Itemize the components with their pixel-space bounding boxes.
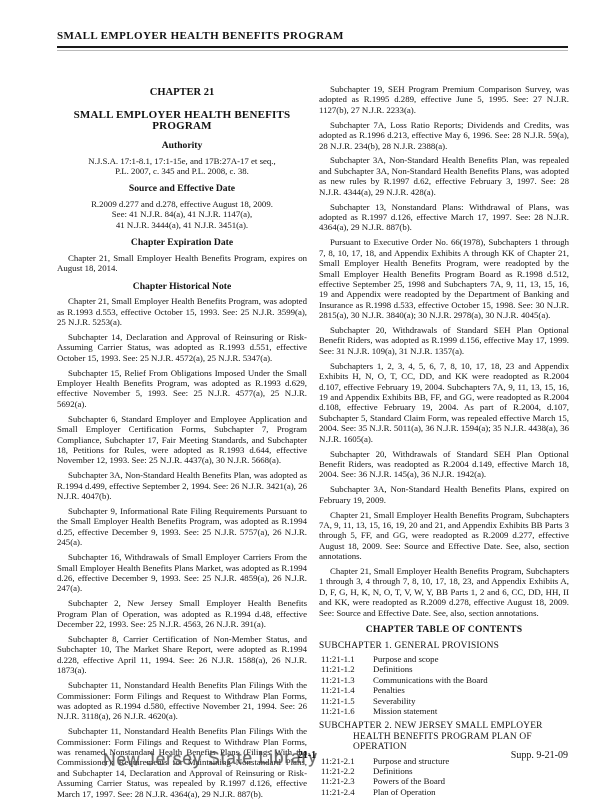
chapter-title: SMALL EMPLOYER HEALTH BENEFITS PROGRAM [57, 110, 307, 131]
supplement-date: Supp. 9-21-09 [511, 750, 568, 761]
source-line: 41 N.J.R. 3444(a), 41 N.J.R. 3451(a). [57, 220, 307, 230]
historical-note-paragraph: Subchapter 19, SEH Program Premium Compa… [319, 84, 569, 115]
expiration-text: Chapter 21, Small Employer Health Benefi… [57, 253, 307, 274]
historical-note-paragraph: Subchapter 8, Carrier Certification of N… [57, 634, 307, 676]
toc-entry: 11:21-1.4 Penalties [321, 685, 569, 695]
historical-note-paragraph: Subchapter 3A, Non-Standard Health Benef… [319, 155, 569, 197]
historical-note-paragraph: Subchapter 3A, Non-Standard Health Benef… [319, 484, 569, 505]
historical-note-paragraph: Subchapter 20, Withdrawals of Standard S… [319, 325, 569, 356]
historical-note-paragraph: Subchapter 2, New Jersey Small Employer … [57, 598, 307, 629]
historical-note-paragraph: Subchapter 6, Standard Employer and Empl… [57, 414, 307, 466]
toc-heading: CHAPTER TABLE OF CONTENTS [319, 625, 569, 635]
historical-note-paragraphs: Chapter 21, Small Employer Health Benefi… [57, 296, 307, 799]
historical-note-paragraph: Chapter 21, Small Employer Health Benefi… [319, 510, 569, 562]
toc-entry-number: 11:21-1.3 [321, 675, 373, 685]
toc-entry: 11:21-2.4 Plan of Operation [321, 787, 569, 797]
toc-entry-number: 11:21-1.5 [321, 696, 373, 706]
toc-entry-label: Powers of the Board [373, 776, 569, 786]
historical-note-paragraph: Subchapter 7A, Loss Ratio Reports; Divid… [319, 120, 569, 151]
historical-note-paragraph: Chapter 21, Small Employer Health Benefi… [319, 566, 569, 618]
historical-note-paragraph: Subchapter 9, Informational Rate Filing … [57, 506, 307, 548]
right-column: Subchapter 19, SEH Program Premium Compa… [319, 84, 569, 797]
toc-entry: 11:21-2.3 Powers of the Board [321, 776, 569, 786]
document-page: SMALL EMPLOYER HEALTH BENEFITS PROGRAM C… [0, 0, 614, 800]
historical-note-paragraph: Subchapter 16, Withdrawals of Small Empl… [57, 552, 307, 594]
chapter-number: CHAPTER 21 [57, 88, 307, 98]
toc-entry-label: Definitions [373, 664, 569, 674]
toc-entry-number: 11:21-1.4 [321, 685, 373, 695]
source-heading: Source and Effective Date [57, 184, 307, 194]
source-line: See: 41 N.J.R. 84(a), 41 N.J.R. 1147(a), [57, 209, 307, 219]
historical-note-paragraph: Pursuant to Executive Order No. 66(1978)… [319, 237, 569, 320]
toc-entry-number: 11:21-2.4 [321, 787, 373, 797]
authority-line: P.L. 2007, c. 345 and P.L. 2008, c. 38. [57, 166, 307, 176]
historical-note-paragraph: Subchapters 1, 2, 3, 4, 5, 6, 7, 8, 10, … [319, 361, 569, 444]
historical-note-paragraph: Subchapter 13, Nonstandard Plans: Withdr… [319, 202, 569, 233]
toc-entry: 11:21-1.3 Communications with the Board [321, 675, 569, 685]
historical-note-heading: Chapter Historical Note [57, 282, 307, 292]
toc-entry-label: Purpose and scope [373, 654, 569, 664]
header-rule [57, 50, 568, 51]
source-line: R.2009 d.277 and d.278, effective August… [57, 199, 307, 209]
toc-entry-number: 11:21-1.1 [321, 654, 373, 664]
toc-subchapter-1-entries: 11:21-1.1 Purpose and scope 11:21-1.2 De… [319, 654, 569, 716]
historical-note-paragraph: Subchapter 20, Withdrawals of Standard S… [319, 449, 569, 480]
toc-entry: 11:21-1.6 Mission statement [321, 706, 569, 716]
toc-entry: 11:21-2.2 Definitions [321, 766, 569, 776]
toc-entry: 11:21-1.2 Definitions [321, 664, 569, 674]
toc-entry-label: Communications with the Board [373, 675, 569, 685]
expiration-heading: Chapter Expiration Date [57, 238, 307, 248]
toc-entry: 11:21-1.1 Purpose and scope [321, 654, 569, 664]
historical-note-continued: Subchapter 19, SEH Program Premium Compa… [319, 84, 569, 618]
source-lines: R.2009 d.277 and d.278, effective August… [57, 199, 307, 230]
toc-subchapter-2-entries: 11:21-2.1 Purpose and structure 11:21-2.… [319, 756, 569, 798]
toc-entry-label: Severability [373, 696, 569, 706]
historical-note-paragraph: Chapter 21, Small Employer Health Benefi… [57, 296, 307, 327]
toc-entry: 11:21-1.5 Severability [321, 696, 569, 706]
two-column-body: CHAPTER 21 SMALL EMPLOYER HEALTH BENEFIT… [57, 84, 568, 799]
toc-entry-label: Plan of Operation [373, 787, 569, 797]
toc-subchapter-2-title: SUBCHAPTER 2. NEW JERSEY SMALL EMPLOYER … [319, 721, 569, 752]
historical-note-paragraph: Subchapter 3A, Non-Standard Health Benef… [57, 470, 307, 501]
toc-entry-label: Definitions [373, 766, 569, 776]
running-header: SMALL EMPLOYER HEALTH BENEFITS PROGRAM [57, 30, 568, 48]
authority-lines: N.J.S.A. 17:1-8.1, 17:1-15e, and 17B:27A… [57, 156, 307, 177]
historical-note-paragraph: Subchapter 15, Relief From Obligations I… [57, 368, 307, 410]
toc-entry-number: 11:21-1.2 [321, 664, 373, 674]
historical-note-paragraph: Subchapter 11, Nonstandard Health Benefi… [57, 680, 307, 722]
toc-entry-label: Penalties [373, 685, 569, 695]
historical-note-paragraph: Subchapter 14, Declaration and Approval … [57, 332, 307, 363]
toc-entry-number: 11:21-2.3 [321, 776, 373, 786]
toc-entry-label: Mission statement [373, 706, 569, 716]
toc-entry-number: 11:21-2.2 [321, 766, 373, 776]
authority-line: N.J.S.A. 17:1-8.1, 17:1-15e, and 17B:27A… [57, 156, 307, 166]
left-column: CHAPTER 21 SMALL EMPLOYER HEALTH BENEFIT… [57, 84, 307, 799]
toc-entry-number: 11:21-1.6 [321, 706, 373, 716]
authority-heading: Authority [57, 141, 307, 151]
toc-subchapter-1-title: SUBCHAPTER 1. GENERAL PROVISIONS [319, 641, 569, 651]
